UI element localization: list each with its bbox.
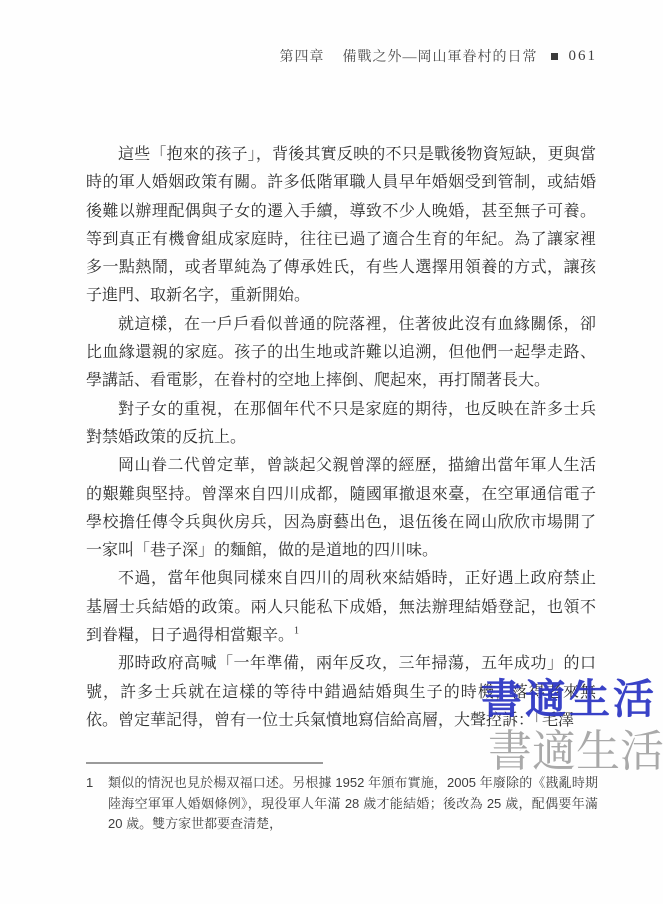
paragraph: 那時政府高喊「一年準備，兩年反攻，三年掃蕩，五年成功」的口號，許多士兵就在這樣的… [86,650,596,735]
footnote-text: 類似的情況也見於楊双福口述。另根據 1952 年頒布實施，2005 年廢除的《戡… [108,773,598,835]
paragraph: 對子女的重視，在那個年代不只是家庭的期待，也反映在許多士兵對禁婚政策的反抗上。 [86,396,596,453]
paragraph-text: 不過，當年他與同樣來自四川的周秋來結婚時，正好遇上政府禁止基層士兵結婚的政策。兩… [86,570,596,644]
chapter-title: 備戰之外—岡山軍眷村的日常 [343,46,538,66]
footnote-number: 1 [86,773,108,835]
book-page: 第四章 備戰之外—岡山軍眷村的日常 061 這些「抱來的孩子」，背後其實反映的不… [0,0,663,904]
paragraph: 這些「抱來的孩子」，背後其實反映的不只是戰後物資短缺，更與當時的軍人婚姻政策有關… [86,141,596,311]
footnote-rule [86,762,323,764]
body-text-block: 這些「抱來的孩子」，背後其實反映的不只是戰後物資短缺，更與當時的軍人婚姻政策有關… [86,141,596,735]
paragraph: 岡山眷二代曾定華，曾談起父親曾澤的經歷，描繪出當年軍人生活的艱難與堅持。曾澤來自… [86,452,596,565]
square-bullet-icon [551,53,558,60]
running-header: 第四章 備戰之外—岡山軍眷村的日常 061 [280,46,598,66]
paragraph: 就這樣，在一戶戶看似普通的院落裡，住著彼此沒有血緣關係，卻比血緣還親的家庭。孩子… [86,311,596,396]
footnote-section: 1 類似的情況也見於楊双福口述。另根據 1952 年頒布實施，2005 年廢除的… [86,762,598,835]
chapter-label: 第四章 [280,46,325,66]
paragraph: 不過，當年他與同樣來自四川的周秋來結婚時，正好遇上政府禁止基層士兵結婚的政策。兩… [86,565,596,650]
footnote: 1 類似的情況也見於楊双福口述。另根據 1952 年頒布實施，2005 年廢除的… [86,773,598,835]
page-number: 061 [569,48,598,65]
footnote-reference: 1 [294,626,299,637]
